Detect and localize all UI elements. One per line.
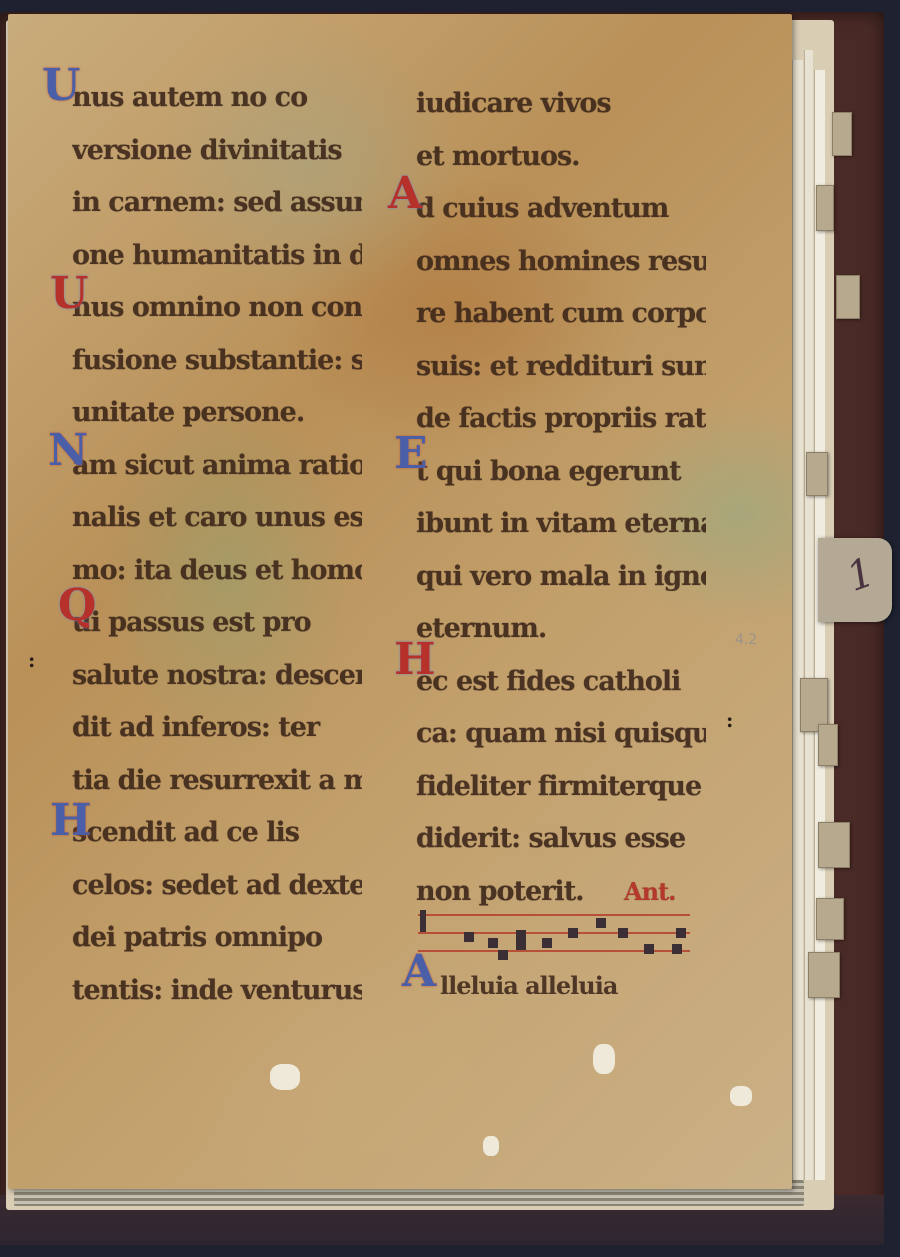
text-line: fusione substantie: sed xyxy=(72,335,362,388)
text-line: ibunt in vitam eternam: xyxy=(416,498,706,551)
text-line: mo: ita deus et homo unus est xps. xyxy=(72,545,362,598)
text-line-content: non poterit. xyxy=(416,876,584,907)
text-line: salute nostra: descen xyxy=(72,650,362,703)
text-line: unitate persone. xyxy=(72,387,362,440)
neume xyxy=(488,938,498,948)
neume xyxy=(498,950,508,960)
neume xyxy=(676,928,686,938)
text-line: celos: sedet ad dexteram xyxy=(72,860,362,913)
index-tab[interactable] xyxy=(832,112,852,156)
neume xyxy=(516,940,526,950)
text-line: dit ad inferos: ter xyxy=(72,702,362,755)
text-line: ui passus est pro xyxy=(72,597,362,650)
text-line: scendit ad ce lis xyxy=(72,807,362,860)
folio-tab[interactable]: 1 xyxy=(818,538,892,622)
parchment-hole xyxy=(270,1064,300,1090)
text-line: versione divinitatis xyxy=(72,125,362,178)
decorated-initial: H xyxy=(394,634,436,685)
text-line: nus omnino non con xyxy=(72,282,362,335)
neume xyxy=(618,928,628,938)
text-line: am sicut anima ratio xyxy=(72,440,362,493)
text-line: dei patris omnipo xyxy=(72,912,362,965)
folio-number: 1 xyxy=(841,549,881,601)
decorated-initial: Q xyxy=(58,580,96,631)
neume xyxy=(542,938,552,948)
text-line: nus autem no co xyxy=(72,72,362,125)
index-tab[interactable] xyxy=(808,952,840,998)
decorated-initial: A xyxy=(388,168,422,219)
pencil-annotation: 4.2 xyxy=(735,632,757,648)
staff-line xyxy=(418,932,690,934)
decorated-initial: U xyxy=(50,268,88,319)
index-tab[interactable] xyxy=(818,822,850,868)
neume xyxy=(644,944,654,954)
margin-mark: : xyxy=(28,648,35,672)
parchment-hole xyxy=(593,1044,615,1074)
parchment-hole xyxy=(483,1136,499,1156)
text-column-left: nus autem no co versione divinitatis in … xyxy=(72,72,362,1017)
text-line: one humanitatis in deum. xyxy=(72,230,362,283)
index-tab[interactable] xyxy=(816,898,844,940)
decorated-initial: N xyxy=(48,425,88,476)
text-line: eternum. xyxy=(416,603,706,656)
staff-line xyxy=(418,914,690,916)
margin-mark: : xyxy=(726,708,733,732)
text-column-right: iudicare vivos et mortuos. d cuius adven… xyxy=(416,78,706,918)
page-edge xyxy=(814,70,825,1180)
neume xyxy=(672,944,682,954)
text-line: ca: quam nisi quisque xyxy=(416,708,706,761)
neume xyxy=(596,918,606,928)
page-edge xyxy=(792,60,803,1180)
clef xyxy=(420,910,426,932)
index-tab[interactable] xyxy=(816,185,834,231)
text-line: tia die resurrexit a mor xyxy=(72,755,362,808)
chant-text: lleluia alleluia xyxy=(440,962,617,1010)
text-line: iudicare vivos xyxy=(416,78,706,131)
text-line: nalis et caro unus est ho xyxy=(72,492,362,545)
decorated-initial: H xyxy=(50,795,92,846)
page-edge xyxy=(804,50,813,1180)
parchment-hole xyxy=(730,1086,752,1106)
decorated-initial: U xyxy=(42,60,80,111)
text-line: et mortuos. xyxy=(416,131,706,184)
neume xyxy=(464,932,474,942)
index-tab[interactable] xyxy=(836,275,860,319)
neume xyxy=(568,928,578,938)
text-line: tentis: inde venturus e xyxy=(72,965,362,1018)
text-line: fideliter firmiterque cre xyxy=(416,761,706,814)
text-line: d cuius adventum xyxy=(416,183,706,236)
index-tab[interactable] xyxy=(806,452,828,496)
neume xyxy=(516,930,526,940)
music-staff xyxy=(418,910,690,962)
text-line: diderit: salvus esse xyxy=(416,813,706,866)
text-line: suis: et reddituri sunt xyxy=(416,341,706,394)
decorated-initial: E xyxy=(394,428,428,479)
text-line: re habent cum corporibus xyxy=(416,288,706,341)
index-tab[interactable] xyxy=(818,724,838,766)
text-line: ec est fides catholi xyxy=(416,656,706,709)
text-line: t qui bona egerunt xyxy=(416,446,706,499)
text-line: in carnem: sed assumpti xyxy=(72,177,362,230)
text-line: qui vero mala in ignem xyxy=(416,551,706,604)
text-line: de factis propriis rationem. xyxy=(416,393,706,446)
text-line: omnes homines resurge xyxy=(416,236,706,289)
